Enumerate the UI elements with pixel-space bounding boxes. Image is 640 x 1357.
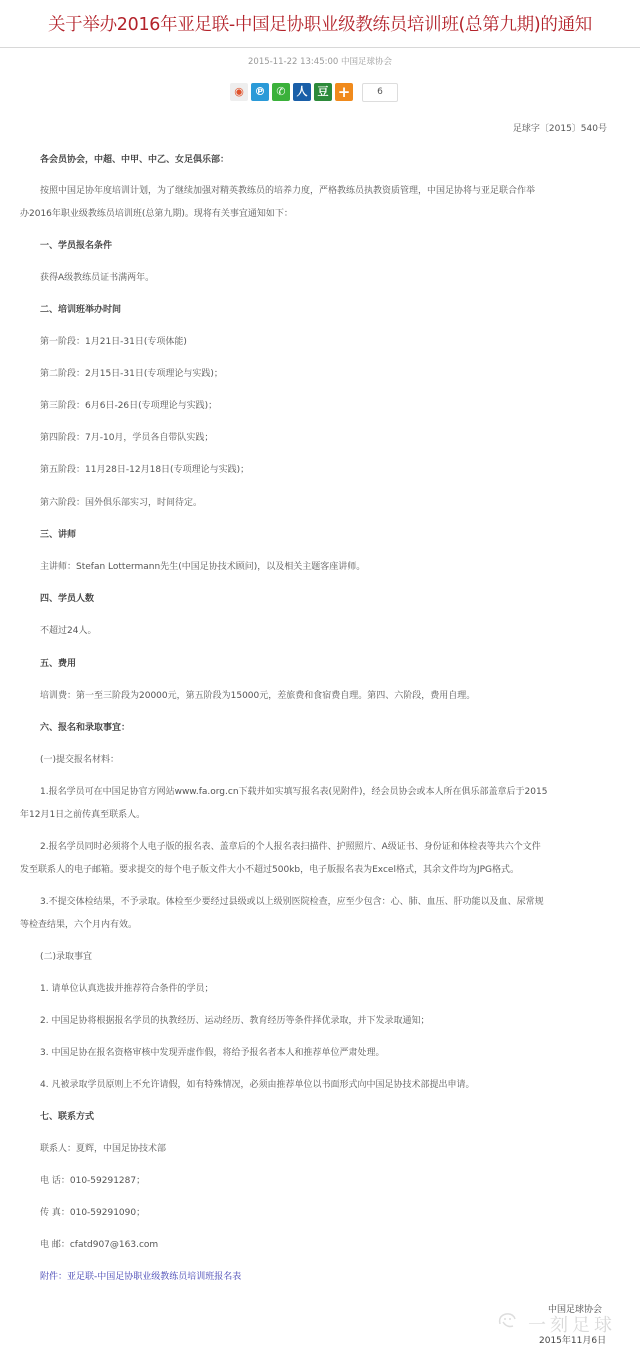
contact-email[interactable]: 电 邮：cfatd907@163.com: [40, 1239, 158, 1251]
section-heading-3: 三、讲师: [40, 529, 76, 541]
requirement-item-1-cont: 年12月1日之前传真至联系人。: [20, 809, 145, 821]
more-share-icon[interactable]: +: [335, 83, 353, 101]
admission-item: 2. 中国足协将根据报名学员的执教经历、运动经历、教育经历等条件择优录取，并下发…: [40, 1015, 429, 1027]
contact-fax: 传 真：010-59291090；: [40, 1207, 145, 1219]
section-heading-6: 六、报名和录取事宜：: [40, 722, 130, 734]
wechat-share-icon[interactable]: ✆: [272, 83, 290, 101]
douban-share-icon[interactable]: 豆: [314, 83, 332, 101]
section-text-1: 获得A级教练员证书满两年。: [40, 272, 154, 284]
section-heading-5: 五、费用: [40, 658, 76, 670]
renren-share-icon[interactable]: 人: [293, 83, 311, 101]
section-text-3: 主讲师：Stefan Lottermann先生(中国足协技术顾问)，以及相关主题…: [40, 561, 365, 573]
intro-paragraph-cont: 办2016年职业级教练员培训班(总第九期)。现将有关事宜通知如下：: [20, 208, 293, 220]
requirement-item-2-cont: 发至联系人的电子邮箱。要求提交的每个电子版文件大小不超过500kb，电子版报名表…: [20, 864, 519, 876]
salutation: 各会员协会，中超、中甲、中乙、女足俱乐部：: [40, 154, 229, 166]
share-bar: ◉ ℗ ✆ 人 豆 + 6: [230, 81, 398, 103]
requirement-item-3-cont: 等检查结果，六个月内有效。: [20, 919, 137, 931]
weibo-share-icon[interactable]: ◉: [230, 83, 248, 101]
qzone-share-icon[interactable]: ℗: [251, 83, 269, 101]
intro-paragraph: 按照中国足协年度培训计划，为了继续加强对精英教练员的培养力度，严格教练员执教资质…: [40, 185, 535, 197]
article-title: 关于举办2016年亚足联-中国足协职业级教练员培训班(总第九期)的通知: [0, 14, 640, 36]
stage-item: 第四阶段：7月-10月，学员各自带队实践；: [40, 432, 213, 444]
section-heading-7: 七、联系方式: [40, 1111, 94, 1123]
share-count: 6: [362, 83, 398, 102]
document-number: 足球字〔2015〕540号: [513, 121, 607, 134]
stage-item: 第三阶段：6月6日-26日(专项理论与实践)；: [40, 400, 217, 412]
admission-item: 4. 凡被录取学员原则上不允许请假，如有特殊情况，必须由推荐单位以书面形式向中国…: [40, 1079, 474, 1091]
section-heading-2: 二、培训班举办时间: [40, 304, 121, 316]
requirement-item-2: 2.报名学员同时必须将个人电子版的报名表、盖章后的个人报名表扫描件、护照照片、A…: [40, 841, 541, 853]
stage-item: 第一阶段：1月21日-31日(专项体能): [40, 336, 187, 348]
requirement-item-3: 3.不提交体检结果，不予录取。体检至少要经过县级或以上级别医院检查，应至少包含：…: [40, 896, 544, 908]
article-meta: 2015-11-22 13:45:00 中国足球协会: [0, 56, 640, 68]
section-text-4: 不超过24人。: [40, 625, 96, 637]
stage-item: 第二阶段：2月15日-31日(专项理论与实践)；: [40, 368, 223, 380]
contact-phone: 电 话：010-59291287；: [40, 1175, 145, 1187]
subsection-heading: (二)录取事宜: [40, 951, 92, 963]
contact-person: 联系人：夏辉，中国足协技术部: [40, 1143, 166, 1155]
subsection-heading: (一)提交报名材料：: [40, 754, 119, 766]
section-heading-4: 四、学员人数: [40, 593, 94, 605]
section-text-5: 培训费：第一至三阶段为20000元，第五阶段为15000元，差旅费和食宿费自理。…: [40, 690, 475, 702]
requirement-item-1: 1.报名学员可在中国足协官方网站www.fa.org.cn下载并如实填写报名表(…: [40, 786, 547, 798]
admission-item: 1. 请单位认真选拔并推荐符合条件的学员；: [40, 983, 213, 995]
stage-item: 第五阶段：11月28日-12月18日(专项理论与实践)；: [40, 464, 249, 476]
section-heading-1: 一、学员报名条件: [40, 240, 112, 252]
signature-date: 2015年11月6日: [539, 1333, 606, 1346]
admission-item: 3. 中国足协在报名资格审核中发现弄虚作假，将给予报名者本人和推荐单位严肃处理。: [40, 1047, 384, 1059]
title-divider: [0, 47, 640, 48]
wechat-watermark-icon: [497, 1310, 523, 1332]
attachment-link[interactable]: 附件：亚足联-中国足协职业级教练员培训班报名表: [40, 1271, 241, 1283]
stage-item: 第六阶段：国外俱乐部实习，时间待定。: [40, 497, 202, 509]
